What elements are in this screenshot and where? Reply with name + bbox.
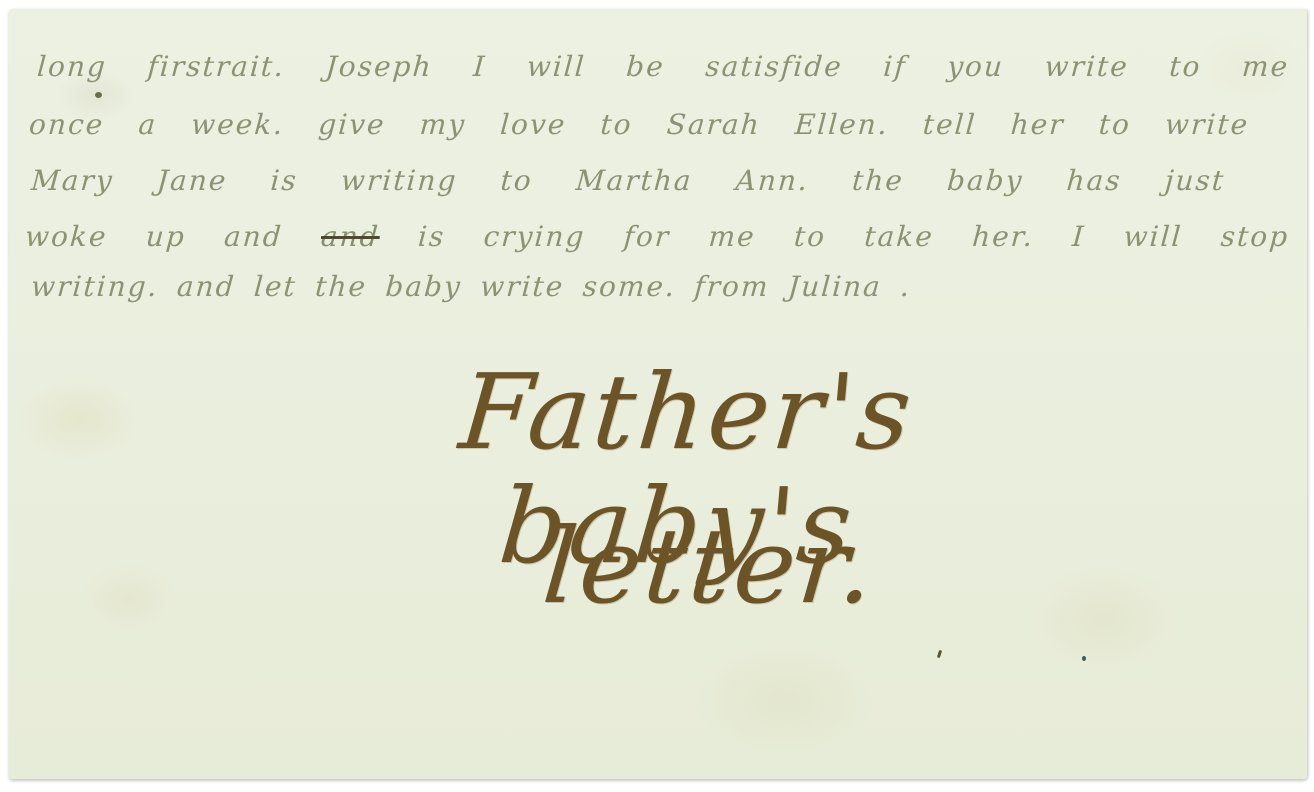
crossed-out-word: and xyxy=(320,220,381,253)
letter-scan-paper: long firstrait. Joseph I will be satisfi… xyxy=(9,9,1307,779)
ink-fleck xyxy=(95,92,102,98)
letter-line-2: once a week. give my love to Sarah Ellen… xyxy=(28,108,1250,142)
ink-fleck xyxy=(1082,656,1086,661)
letter-line-1: long firstrait. Joseph I will be satisfi… xyxy=(36,50,1290,84)
letter-line-4-after: is crying for me to take her. I will sto… xyxy=(417,220,1290,253)
letter-line-5: writing. and let the baby write some. fr… xyxy=(30,270,912,304)
letter-line-3: Mary Jane is writing to Martha Ann. the … xyxy=(30,164,1226,198)
ink-fleck xyxy=(937,650,942,659)
baby-scrawl-title-line-2: letter. xyxy=(455,509,965,623)
letter-line-4: woke up and and is crying for me to take… xyxy=(24,220,1290,254)
letter-line-4-before: woke up and xyxy=(24,220,284,253)
